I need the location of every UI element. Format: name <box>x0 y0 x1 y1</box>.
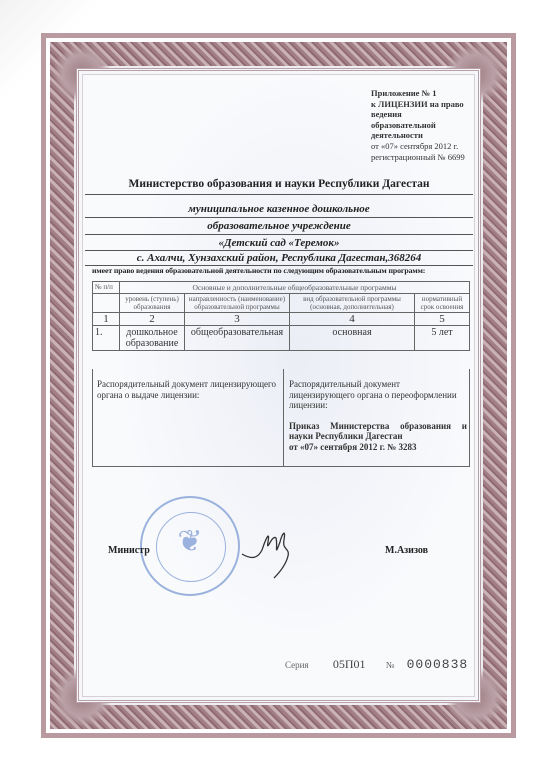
col-number: 2 <box>120 313 185 326</box>
reissue-order-date: от «07» сентября 2012 г. № 3283 <box>289 442 467 453</box>
appendix-line: образовательной <box>371 120 486 131</box>
appendix-line: к ЛИЦЕНЗИИ на право <box>371 99 486 110</box>
series-value: 05П01 <box>333 657 366 671</box>
seal-icon: ❦ <box>140 496 240 596</box>
col-number: 3 <box>185 313 290 326</box>
rights-statement: имеет право ведения образовательной деят… <box>92 266 472 275</box>
empty-cell <box>93 294 120 313</box>
appendix-line: деятельности <box>371 130 486 141</box>
org-name-line: «Детский сад «Теремок» <box>85 237 473 249</box>
divider <box>85 234 473 235</box>
col-header-kind: вид образовательной программы (основная,… <box>290 294 415 313</box>
ministry-title: Министерство образования и науки Республ… <box>85 178 473 190</box>
row-level: дошкольное образование <box>120 326 185 351</box>
org-name-line: муниципальное казенное дошкольное <box>85 203 473 215</box>
col-header-term: нормативный срок освоения <box>415 294 470 313</box>
divider <box>85 250 473 251</box>
signature-icon <box>240 520 300 580</box>
divider <box>85 217 473 218</box>
signatory-title: Министр <box>108 545 150 556</box>
number-label: № <box>386 660 395 670</box>
divider <box>85 194 473 195</box>
issue-document-label: Распорядительный документ лицензирующего… <box>97 379 281 400</box>
serial-block: Серия 05П01 № 0000838 <box>285 657 468 672</box>
row-kind: основная <box>290 326 415 351</box>
row-term: 5 лет <box>415 326 470 351</box>
divider <box>283 369 284 466</box>
number-value: 0000838 <box>407 657 469 672</box>
appendix-line: Приложение № 1 <box>371 88 486 99</box>
col-number: 1 <box>93 313 120 326</box>
appendix-line: ведения <box>371 109 486 120</box>
reissue-document-label: Распорядительный документ лицензирующего… <box>289 379 467 411</box>
col-number: 4 <box>290 313 415 326</box>
col-header-num: № п/п <box>93 282 120 294</box>
appendix-line: регистрационный № 6699 <box>371 152 486 163</box>
appendix-line: от «07» сентября 2012 г. <box>371 141 486 152</box>
table-row: 1. дошкольное образование общеобразовате… <box>93 326 470 351</box>
row-direction: общеобразовательная <box>185 326 290 351</box>
reissue-document: Распорядительный документ лицензирующего… <box>289 379 467 452</box>
series-label: Серия <box>285 660 309 670</box>
org-name-line: образовательное учреждение <box>85 220 473 232</box>
appendix-note: Приложение № 1 к ЛИЦЕНЗИИ на право веден… <box>371 88 486 162</box>
reissue-order: Приказ Министерства образования и науки … <box>289 421 467 442</box>
org-address: с. Ахалчи, Хунзахский район, Республика … <box>85 252 473 264</box>
row-num: 1. <box>93 326 120 351</box>
license-documents: Распорядительный документ лицензирующего… <box>92 369 470 467</box>
col-header-level: уровень (ступень) образования <box>120 294 185 313</box>
col-header-direction: направленность (наименование) образовате… <box>185 294 290 313</box>
eagle-emblem-icon: ❦ <box>142 524 238 559</box>
programs-table: № п/п Основные и дополнительные общеобра… <box>92 281 470 351</box>
col-number: 5 <box>415 313 470 326</box>
signatory-name: М.Азизов <box>385 545 428 556</box>
group-header: Основные и дополнительные общеобразовате… <box>120 282 470 294</box>
